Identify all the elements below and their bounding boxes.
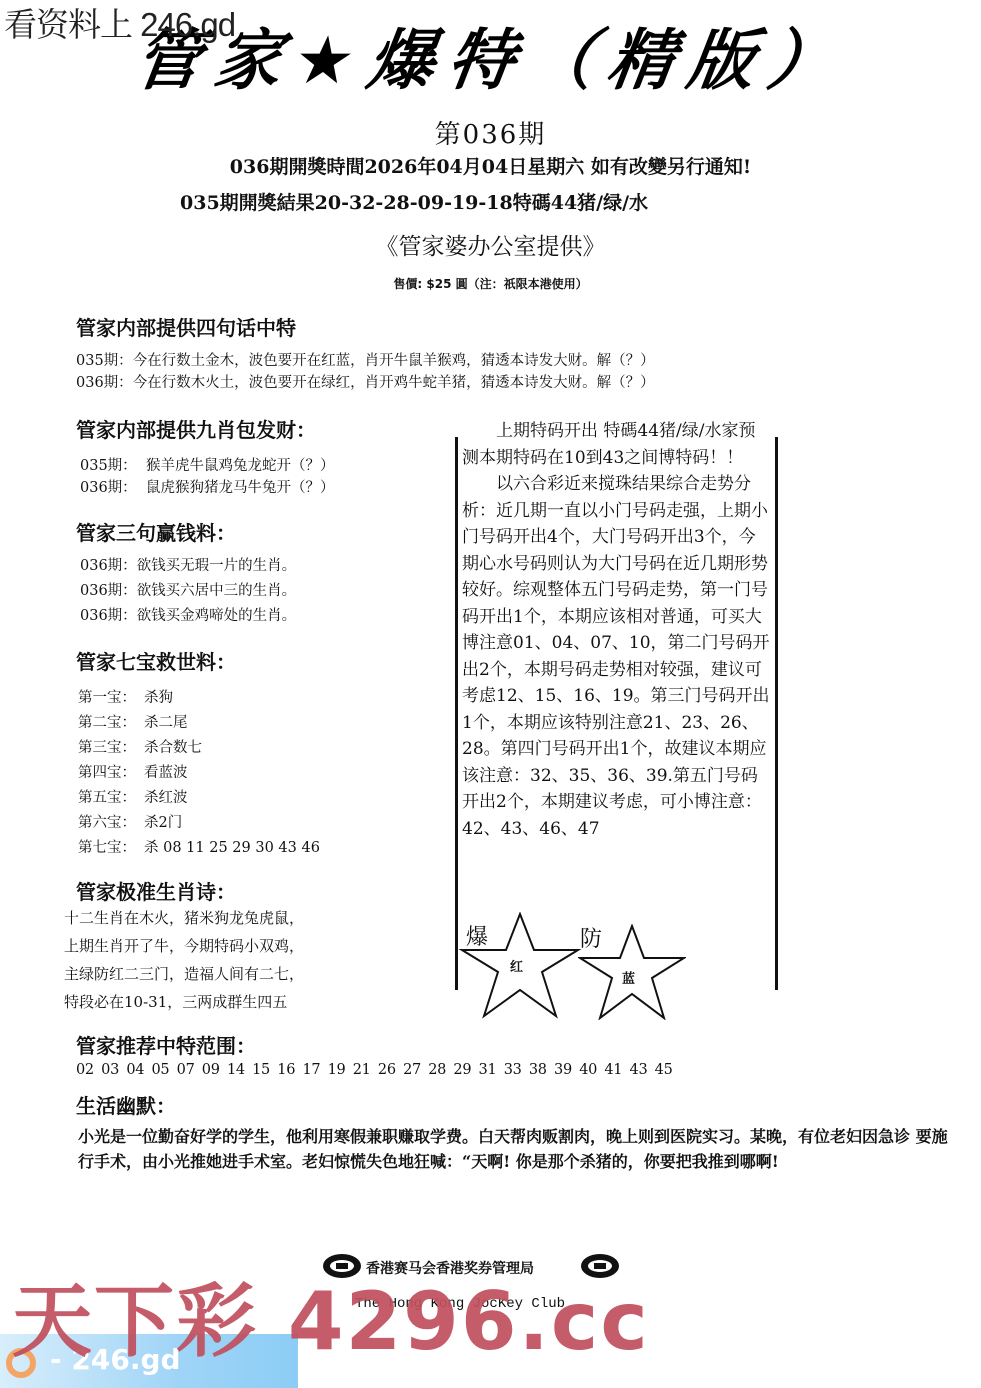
row-label: 第六宝： <box>78 811 144 836</box>
list-item: 036期：今在行数木火土，波色要开在绿红，肖开鸡牛蛇羊猪，猜透本诗发大财。解（？… <box>76 372 655 394</box>
poem-lines: 十二生肖在木火，猪米狗龙兔虎鼠， 上期生肖开了牛，今期特码小双鸡， 主绿防红二三… <box>64 904 304 1016</box>
analysis-box: 上期特码开出 特碼44猪/绿/水家预测本期特码在10到43之间博特码！！ 以六合… <box>462 418 770 842</box>
row-label: 036期： <box>76 372 133 394</box>
list-item: 036期：欲钱买金鸡啼处的生肖。 <box>80 604 296 629</box>
row-text: 鼠虎猴狗猪龙马牛兔开（？） <box>146 480 335 496</box>
row-text: 今在行数木火土，波色要开在绿红，肖开鸡牛蛇羊猪，猜透本诗发大财。解（？） <box>133 375 655 391</box>
star-inner-label: 红 <box>510 956 523 975</box>
row-label: 036期： <box>80 579 137 604</box>
watermark-top: 看资料上 246.gd <box>4 8 235 41</box>
list-item: 第四宝：看蓝波 <box>78 761 320 786</box>
list-item: 第一宝：杀狗 <box>78 686 320 711</box>
nine-zodiac-list: 035期：猴羊虎牛鼠鸡兔龙蛇开（？） 036期：鼠虎猴狗猪龙马牛兔开（？） <box>80 455 335 499</box>
issue-number: 第036期 <box>0 114 981 151</box>
row-text: 杀2门 <box>144 815 182 831</box>
row-text: 杀二尾 <box>144 715 188 731</box>
row-label: 第二宝： <box>78 711 144 736</box>
price-note: 售價: $25 圓（注：祇限本港使用） <box>0 275 981 292</box>
draw-time: 036期開獎時間2026年04月04日星期六 如有改變另行通知! <box>0 152 981 179</box>
section-heading-poem: 管家极准生肖诗： <box>76 876 236 905</box>
seven-treasures-list: 第一宝：杀狗 第二宝：杀二尾 第三宝：杀合数七 第四宝：看蓝波 第五宝：杀红波 … <box>78 686 320 861</box>
recommend-numbers: 02 03 04 05 07 09 14 15 16 17 19 21 26 2… <box>76 1062 673 1078</box>
list-item: 第二宝：杀二尾 <box>78 711 320 736</box>
section-heading-three-sentences: 管家三句赢钱料： <box>76 517 236 546</box>
analysis-paragraph: 上期特码开出 特碼44猪/绿/水家预测本期特码在10到43之间博特码！！ <box>462 418 770 471</box>
poem-line: 特段必在10-31，三两成群生四五 <box>64 988 304 1016</box>
row-label: 035期： <box>80 455 146 477</box>
row-text: 欲钱买六居中三的生肖。 <box>137 583 297 599</box>
last-result: 035期開獎結果20-32-28-09-19-18特碼44猪/绿/水 <box>180 188 648 215</box>
row-text: 欲钱买无瑕一片的生肖。 <box>137 558 297 574</box>
poem-line: 十二生肖在木火，猪米狗龙兔虎鼠， <box>64 904 304 932</box>
row-label: 第七宝： <box>78 836 144 861</box>
four-sentences-list: 035期：今在行数土金木，波色要开在红蓝，肖开牛鼠羊猴鸡，猜透本诗发大财。解（？… <box>76 350 655 394</box>
list-item: 036期：欲钱买无瑕一片的生肖。 <box>80 554 296 579</box>
poem-line: 主绿防红二三门，造福人间有二七， <box>64 960 304 988</box>
section-heading-four-sentences: 管家内部提供四句话中特 <box>76 312 296 341</box>
row-label: 036期： <box>80 554 137 579</box>
row-text: 杀合数七 <box>144 740 202 756</box>
provider: 《管家婆办公室提供》 <box>0 228 981 261</box>
list-item: 第三宝：杀合数七 <box>78 736 320 761</box>
list-item: 036期：欲钱买六居中三的生肖。 <box>80 579 296 604</box>
row-label: 第五宝： <box>78 786 144 811</box>
row-label: 036期： <box>80 604 137 629</box>
row-label: 第四宝： <box>78 761 144 786</box>
row-text: 猴羊虎牛鼠鸡兔龙蛇开（？） <box>146 458 335 474</box>
humor-text: 小光是一位勤奋好学的学生，他利用寒假兼职赚取学费。白天帮肉贩割肉，晚上则到医院实… <box>78 1124 958 1174</box>
three-sentences-list: 036期：欲钱买无瑕一片的生肖。 036期：欲钱买六居中三的生肖。 036期：欲… <box>80 554 296 629</box>
row-label: 036期： <box>80 477 146 499</box>
section-heading-seven-treasures: 管家七宝救世料： <box>76 646 236 675</box>
list-item: 036期：鼠虎猴狗猪龙马牛兔开（？） <box>80 477 335 499</box>
list-item: 第五宝：杀红波 <box>78 786 320 811</box>
row-text: 欲钱买金鸡啼处的生肖。 <box>137 608 297 624</box>
row-label: 第三宝： <box>78 736 144 761</box>
section-heading-humor: 生活幽默： <box>76 1090 176 1119</box>
watermark-big: 天下彩 4296.cc <box>12 1282 650 1362</box>
list-item: 035期：今在行数土金木，波色要开在红蓝，肖开牛鼠羊猴鸡，猜透本诗发大财。解（？… <box>76 350 655 372</box>
box-border-left <box>455 437 458 990</box>
box-border-right <box>775 437 778 990</box>
row-text: 看蓝波 <box>144 765 188 781</box>
star-inner-label: 蓝 <box>622 968 635 987</box>
row-label: 035期： <box>76 350 133 372</box>
list-item: 035期：猴羊虎牛鼠鸡兔龙蛇开（？） <box>80 455 335 477</box>
section-heading-nine-zodiac: 管家内部提供九肖包发财： <box>76 414 316 443</box>
row-label: 第一宝： <box>78 686 144 711</box>
row-text: 杀 08 11 25 29 30 43 46 <box>144 840 320 856</box>
section-heading-recommend-range: 管家推荐中特范围： <box>76 1030 256 1059</box>
analysis-paragraph: 以六合彩近来搅珠结果综合走势分析：近几期一直以小门号码走强，上期小门号码开出4个… <box>462 471 770 842</box>
row-text: 今在行数土金木，波色要开在红蓝，肖开牛鼠羊猴鸡，猜透本诗发大财。解（？） <box>133 353 655 369</box>
row-text: 杀红波 <box>144 790 188 806</box>
row-text: 杀狗 <box>144 690 173 706</box>
poem-line: 上期生肖开了牛，今期特码小双鸡， <box>64 932 304 960</box>
list-item: 第六宝：杀2门 <box>78 811 320 836</box>
list-item: 第七宝：杀 08 11 25 29 30 43 46 <box>78 836 320 861</box>
